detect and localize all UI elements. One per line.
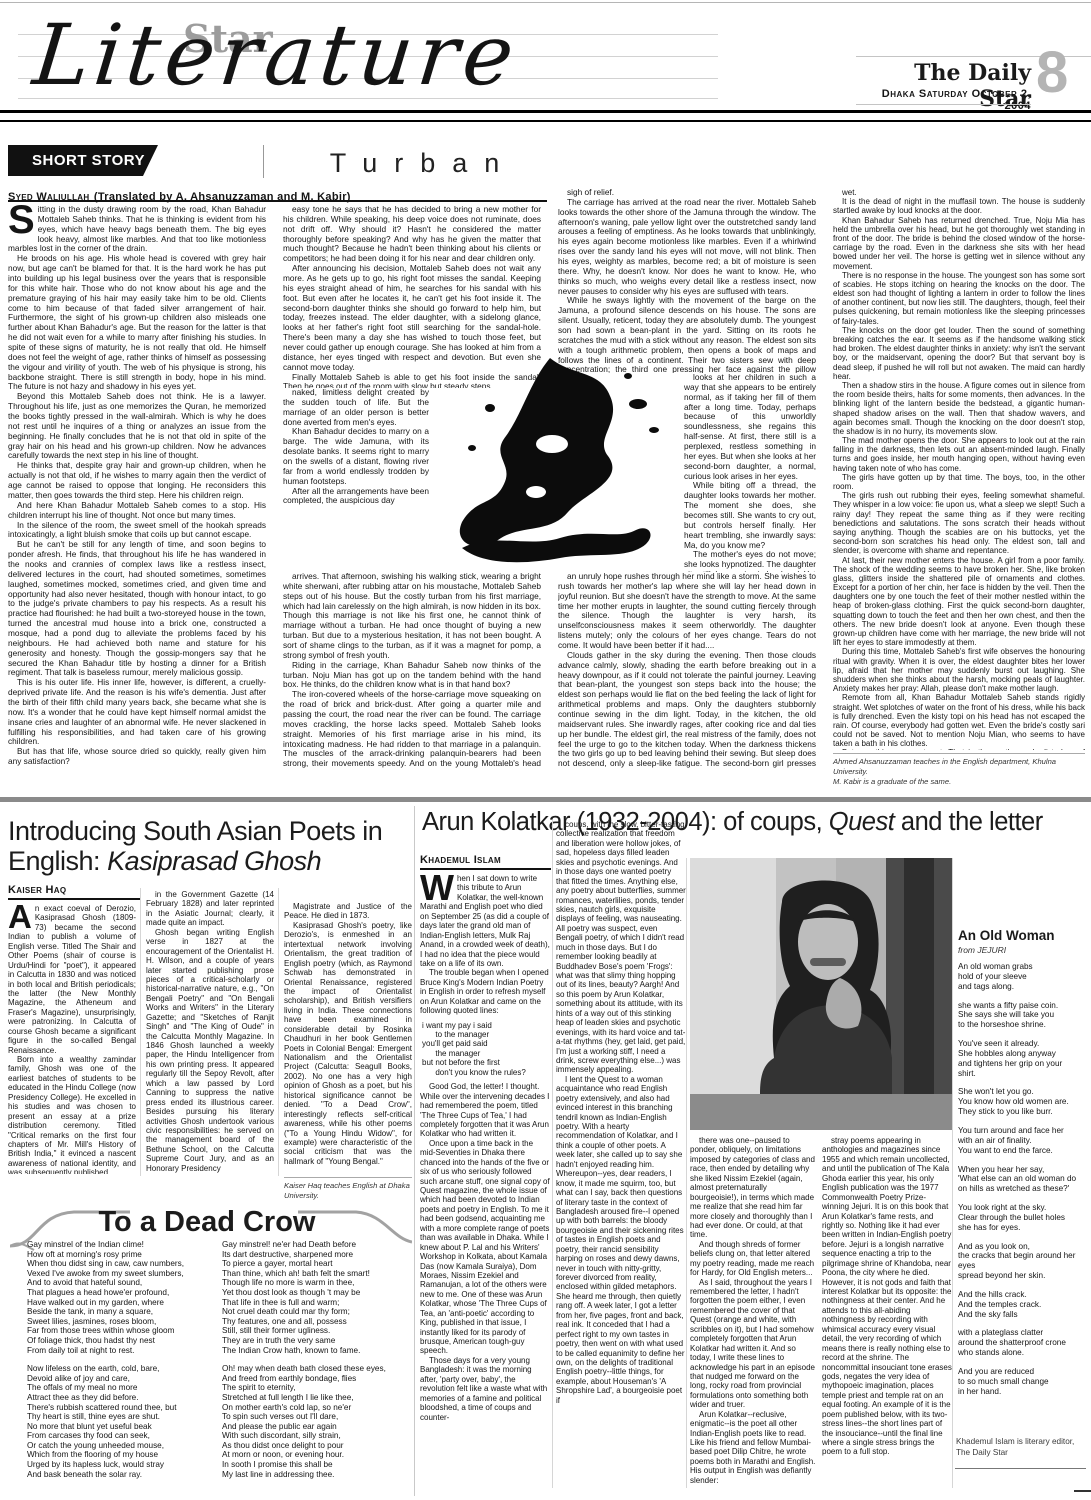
paragraph: Beyond this Mottaleb Saheb does not thin… bbox=[8, 392, 266, 461]
paragraph: Khan Bahadur Saheb has returned drenched… bbox=[833, 216, 1085, 271]
ghosh-headline-line2: English: Kasiprasad Ghosh bbox=[8, 846, 412, 876]
page-corner-mark bbox=[1074, 1490, 1091, 1492]
paragraph-group: Good God, the letter! I thought. While o… bbox=[420, 1082, 550, 1422]
kolatkar-column-separator bbox=[552, 820, 553, 1488]
paragraph: When I sat down to write this tribute to… bbox=[420, 874, 550, 968]
kolatkar-byline-rule bbox=[420, 868, 551, 870]
poem-stanza: Gay minstrel! ne'er had Death before Its… bbox=[222, 1240, 410, 1355]
paragraph: And though shreds of former beliefs clun… bbox=[690, 1240, 817, 1278]
section-divider-rule bbox=[0, 797, 1091, 802]
paragraph: an unruly hope rushes through her mind l… bbox=[558, 572, 816, 651]
poem-stanza: And the hills crack. And the temples cra… bbox=[958, 1290, 1088, 1320]
paragraph: wet. bbox=[833, 188, 1085, 197]
paragraph: The trouble began when I opened Bruce Ki… bbox=[420, 968, 550, 1015]
kolatkar-credit: Khademul Islam is literary editor, The D… bbox=[956, 1436, 1088, 1459]
dateline: Dhaka Saturday October 2, 2004 bbox=[856, 88, 1031, 112]
poem-stanza: she wants a fifty paise coin. She says s… bbox=[958, 1001, 1088, 1031]
kolatkar-column-3: there was one--paused to ponder, oblique… bbox=[690, 1136, 817, 1488]
paragraph: there was one--paused to ponder, oblique… bbox=[690, 1136, 817, 1240]
paragraph: arrives. That afternoon, swishing his wa… bbox=[283, 572, 541, 661]
paragraph: It is the dead of night in the muffasil … bbox=[833, 197, 1085, 215]
header-double-rule bbox=[0, 110, 1091, 122]
story-credit: Ahmed Ahsanuzzaman teaches in the Englis… bbox=[833, 757, 1085, 787]
paragraph: Ghosh began writing English verse in 182… bbox=[146, 928, 274, 1173]
paragraph: Riding in the carriage, Khan Bahadur Sah… bbox=[283, 661, 541, 691]
ink-drawing bbox=[432, 352, 680, 568]
paragraph: While biting off a thread, the daughter … bbox=[684, 481, 816, 550]
portrait-photo bbox=[690, 858, 952, 1130]
paragraph: Kasiprasad Ghosh's poetry, like Derozio'… bbox=[284, 921, 412, 1166]
kolatkar-byline: Khademul Islam bbox=[420, 854, 501, 866]
paragraph: The iron-covered wheels of the horse-car… bbox=[283, 690, 541, 768]
paragraph: An exact coeval of Derozio, Kasiprasad G… bbox=[8, 904, 136, 1055]
ghosh-column-3: Magistrate and Justice of the Peace. He … bbox=[284, 902, 412, 1172]
paragraph: In the silence of the room, the sweet sm… bbox=[8, 521, 266, 541]
title-divider-line bbox=[263, 145, 264, 178]
dead-crow-title: To a Dead Crow bbox=[62, 1206, 352, 1239]
kolatkar-column-1: When I sat down to write this tribute to… bbox=[420, 874, 550, 1488]
story-column-3-top: sigh of relief.The carriage has arrived … bbox=[558, 188, 816, 373]
paragraph: Then a shadow stirs in the house. A figu… bbox=[833, 381, 1085, 436]
story-column-2-bottom: arrives. That afternoon, swishing his wa… bbox=[283, 572, 541, 768]
paragraph: But one thing was not wet. That is the c… bbox=[833, 748, 1085, 750]
paragraph: Khan Bahadur decides to marry on a barge… bbox=[283, 427, 429, 486]
ghosh-byline-rule bbox=[8, 898, 140, 900]
ghosh-column-separator bbox=[140, 888, 141, 1176]
kolatkar-column-4: stray poems appearing in anthologies and… bbox=[822, 1136, 952, 1488]
ghosh-credit: Kaiser Haq teaches English at Dhaka Univ… bbox=[284, 1181, 412, 1201]
paragraph: The knocks on the door get louder. Then … bbox=[833, 326, 1085, 381]
poem-stanza: And you are reduced to so much small cha… bbox=[958, 1367, 1088, 1397]
ghosh-column-2: in the Government Gazette (14 February 1… bbox=[146, 890, 274, 1174]
paragraph: coups, with the slow, bitter-tasting col… bbox=[556, 820, 686, 1075]
paragraph: As I said, throughout the years I rememb… bbox=[690, 1278, 817, 1410]
paragraph: easy tone he says that he has decided to… bbox=[283, 205, 541, 264]
paragraph: Once upon a time back in the mid-Seventi… bbox=[420, 1139, 550, 1356]
story-column-2-narrow: naked, limitless delight created by the … bbox=[283, 388, 429, 572]
kolatkar-headline: Arun Kolatkar (1932-2004): of coups, Que… bbox=[422, 808, 1088, 837]
poem-stanza: You turn around and face her with an air… bbox=[958, 1126, 1088, 1156]
sidebar-separator bbox=[952, 858, 953, 1488]
paragraph: But has that life, whose source dried so… bbox=[8, 747, 266, 767]
paragraph: The mother's eyes do not move; she looks… bbox=[684, 550, 816, 572]
page-number: 8 bbox=[1036, 44, 1068, 102]
old-woman-title: An Old Woman bbox=[958, 928, 1055, 943]
masthead: Star Literature The Daily Star Dhaka Sat… bbox=[0, 0, 1091, 110]
ghosh-headline-line1: Introducing South Asian Poets in bbox=[8, 816, 412, 846]
story-byline: Syed Waliullah (Translated by A. Ahsanuz… bbox=[8, 187, 547, 205]
ghosh-headline: Introducing South Asian Poets in English… bbox=[8, 816, 412, 876]
paragraph: I lent the Quest to a woman acquaintance… bbox=[556, 1075, 686, 1405]
story-column-3-narrow: looks at her children in such a way that… bbox=[684, 373, 816, 572]
paragraph: Born into a wealthy zamindar family, Gho… bbox=[8, 1055, 136, 1174]
paragraph: Those days for a very young Bangladesh: … bbox=[420, 1356, 550, 1422]
ghosh-byline: Kaiser Haq bbox=[8, 884, 66, 896]
paragraph: naked, limitless delight created by the … bbox=[283, 388, 429, 427]
ghosh-column-separator bbox=[278, 888, 279, 1176]
story-ink-illustration bbox=[432, 352, 680, 568]
poem-stanza: Oh! may when death bath closed these eye… bbox=[222, 1364, 410, 1479]
old-woman-poem: An old woman grabs hold of your sleeve a… bbox=[958, 962, 1088, 1428]
paragraph: The mad mother opens the door. She appea… bbox=[833, 436, 1085, 473]
paragraph: At last, their new mother enters the hou… bbox=[833, 556, 1085, 648]
short-story-label-box: SHORT STORY bbox=[8, 145, 158, 176]
short-story-label: SHORT STORY bbox=[8, 145, 158, 169]
byline-rule bbox=[8, 200, 547, 202]
kolatkar-headline-italic: Quest bbox=[829, 808, 895, 836]
poem-stanza: Gay minstrel of the Indian clime! How of… bbox=[27, 1240, 209, 1355]
paragraph: Clouds gather in the sky during the even… bbox=[558, 651, 816, 768]
story-credit-rule bbox=[833, 753, 1085, 754]
dead-crow-column-2: Gay minstrel! ne'er had Death before Its… bbox=[222, 1240, 410, 1492]
story-column-1: Sitting in the dusty drawing room by the… bbox=[8, 205, 266, 767]
paragraph: Arun Kolatkar--reclusive, enigmatic--is … bbox=[690, 1410, 817, 1486]
poem-stanza: with a plateglass clatter around the sha… bbox=[958, 1328, 1088, 1358]
paragraph-group: Born into a wealthy zamindar family, Gho… bbox=[8, 1055, 136, 1174]
paragraph: in the Government Gazette (14 February 1… bbox=[146, 890, 274, 928]
paragraph: Sitting in the dusty drawing room by the… bbox=[8, 205, 266, 254]
paragraph: This is his outer life. His inner life, … bbox=[8, 678, 266, 747]
paragraph: And here Khan Bahadur Mottaleb Saheb com… bbox=[8, 501, 266, 521]
arun-kolatkar-photo bbox=[690, 858, 952, 1130]
drop-cap: A bbox=[8, 904, 35, 930]
paragraph-group: He broods on his age. His whole head is … bbox=[8, 254, 266, 767]
daily-star-rule-bottom bbox=[856, 104, 1031, 105]
paragraph-text: itting in the dusty drawing room by the … bbox=[8, 205, 266, 253]
paragraph: stray poems appearing in anthologies and… bbox=[822, 1136, 952, 1457]
poem-stanza: Now lifeless on the earth, cold, bare, D… bbox=[27, 1364, 209, 1479]
ghosh-column-1: An exact coeval of Derozio, Kasiprasad G… bbox=[8, 904, 136, 1174]
story-column-4: wet.It is the dead of night in the muffa… bbox=[833, 188, 1085, 750]
ghosh-credit-rule bbox=[284, 1177, 412, 1178]
masthead-literature-script: Literature bbox=[29, 6, 523, 104]
paragraph: The carriage has arrived at the road nea… bbox=[558, 198, 816, 297]
poem-stanza: An old woman grabs hold of your sleeve a… bbox=[958, 962, 1088, 992]
drop-cap: S bbox=[8, 205, 38, 236]
poem-stanza: You look right at the sky. Clear through… bbox=[958, 1203, 1088, 1233]
kolatkar-column-separator bbox=[686, 858, 687, 1488]
paragraph: He thinks that, despite gray hair and gr… bbox=[8, 461, 266, 500]
paragraph: There is no response in the house. The y… bbox=[833, 271, 1085, 326]
paragraph: Remote from all, Khan Bahadur Mottaleb S… bbox=[833, 693, 1085, 748]
paragraph: looks at her children in such a way that… bbox=[684, 373, 816, 481]
poem-stanza: And as you look on, the cracks that begi… bbox=[958, 1242, 1088, 1281]
story-column-3-bottom: an unruly hope rushes through her mind l… bbox=[558, 572, 816, 768]
kolatkar-column-2: coups, with the slow, bitter-tasting col… bbox=[556, 820, 686, 1488]
paragraph: The girls rush out rubbing their eyes, f… bbox=[833, 491, 1085, 555]
kolatkar-credit-rule bbox=[955, 1468, 1086, 1469]
quoted-poem-lines: i want my pay i said to the manager you'… bbox=[422, 1021, 550, 1078]
paragraph: After all the arrangements have been com… bbox=[283, 487, 429, 507]
poem-stanza: You've seen it already. She hobbles alon… bbox=[958, 1039, 1088, 1078]
drop-cap: W bbox=[420, 874, 457, 902]
paragraph: Magistrate and Justice of the Peace. He … bbox=[284, 902, 412, 921]
poem-stanza: She won't let you go. You know how old w… bbox=[958, 1087, 1088, 1117]
poem-stanza: When you hear her say, 'What else can an… bbox=[958, 1165, 1088, 1195]
story-title: Turban bbox=[283, 148, 563, 179]
section-vertical-rule bbox=[414, 806, 415, 1496]
dead-crow-column-1: Gay minstrel of the Indian clime! How of… bbox=[27, 1240, 209, 1492]
old-woman-source: from JEJURI bbox=[958, 945, 1006, 955]
paragraph: Good God, the letter! I thought. While o… bbox=[420, 1082, 550, 1139]
paragraph: But he can't be still for any length of … bbox=[8, 540, 266, 678]
ghosh-headline-italic: Kasiprasad Ghosh bbox=[107, 846, 321, 876]
paragraph: During this time, Mottaleb Saheb's first… bbox=[833, 647, 1085, 693]
newspaper-page: Star Literature The Daily Star Dhaka Sat… bbox=[0, 0, 1091, 1500]
paragraph: The girls have gotten up by that time. T… bbox=[833, 473, 1085, 491]
paragraph: He broods on his age. His whole head is … bbox=[8, 254, 266, 392]
